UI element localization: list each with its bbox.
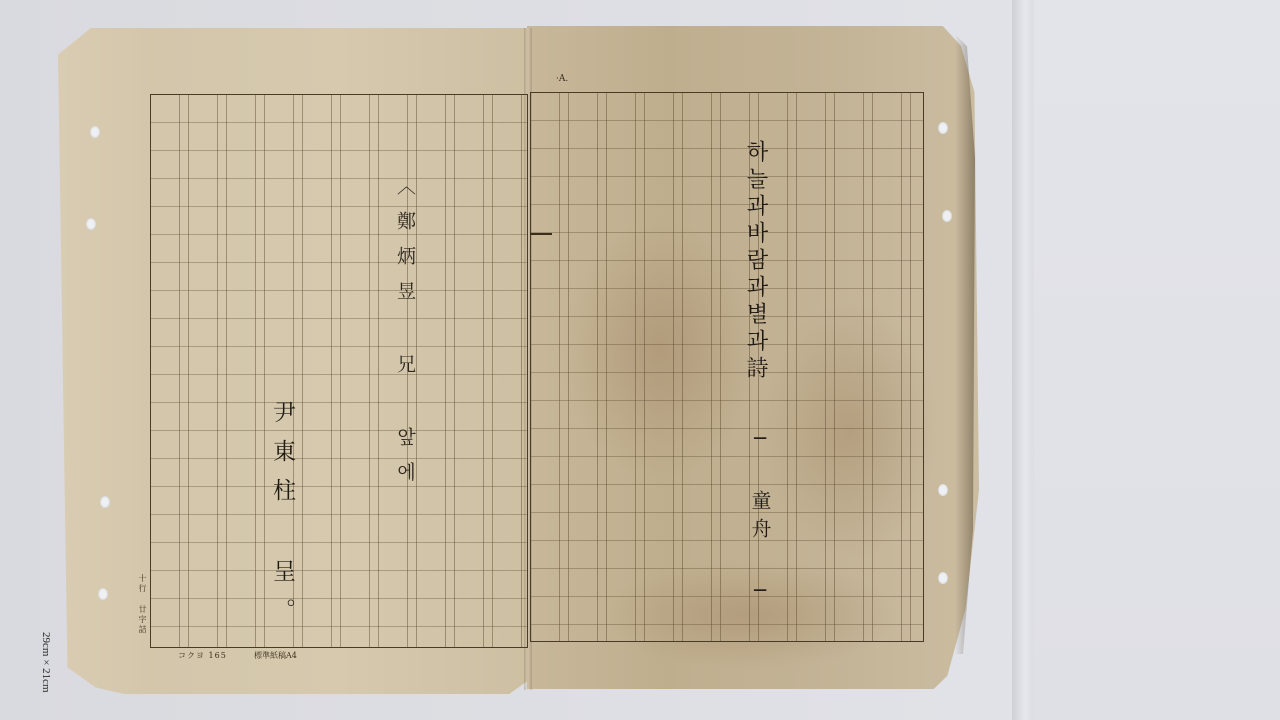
paper-standard-name: 標準紙稿A4 <box>254 650 297 661</box>
fold-mark <box>530 233 552 235</box>
punch-hole <box>98 588 108 600</box>
punch-hole <box>86 218 96 230</box>
punch-hole <box>100 496 110 508</box>
page-mark: ·A. <box>556 74 568 84</box>
manuscript-grid-right <box>530 92 924 642</box>
punch-hole <box>938 122 948 134</box>
paper-product-code: コクヨ 165 <box>178 650 227 661</box>
blank-facing-page <box>1034 0 1280 720</box>
paper-format-label: 十行 廿字詰 <box>137 574 148 635</box>
punch-hole <box>938 484 948 496</box>
punch-hole <box>942 210 952 222</box>
book-gutter <box>1012 0 1034 720</box>
dedication-line: 〈鄭炳昱 兄 앞에 <box>392 176 419 497</box>
punch-hole <box>90 126 100 138</box>
sheet-edge-shadow <box>955 34 975 654</box>
punch-hole <box>938 572 948 584</box>
collection-title: 하늘과바람과별과詩 <box>742 140 768 383</box>
pen-name: ─ 童舟 ─ <box>746 426 775 610</box>
author-signature: 尹東柱 呈。 <box>266 400 299 637</box>
manuscript-grid-left <box>150 94 528 648</box>
size-caption: 29cm × 21cm <box>32 632 52 692</box>
